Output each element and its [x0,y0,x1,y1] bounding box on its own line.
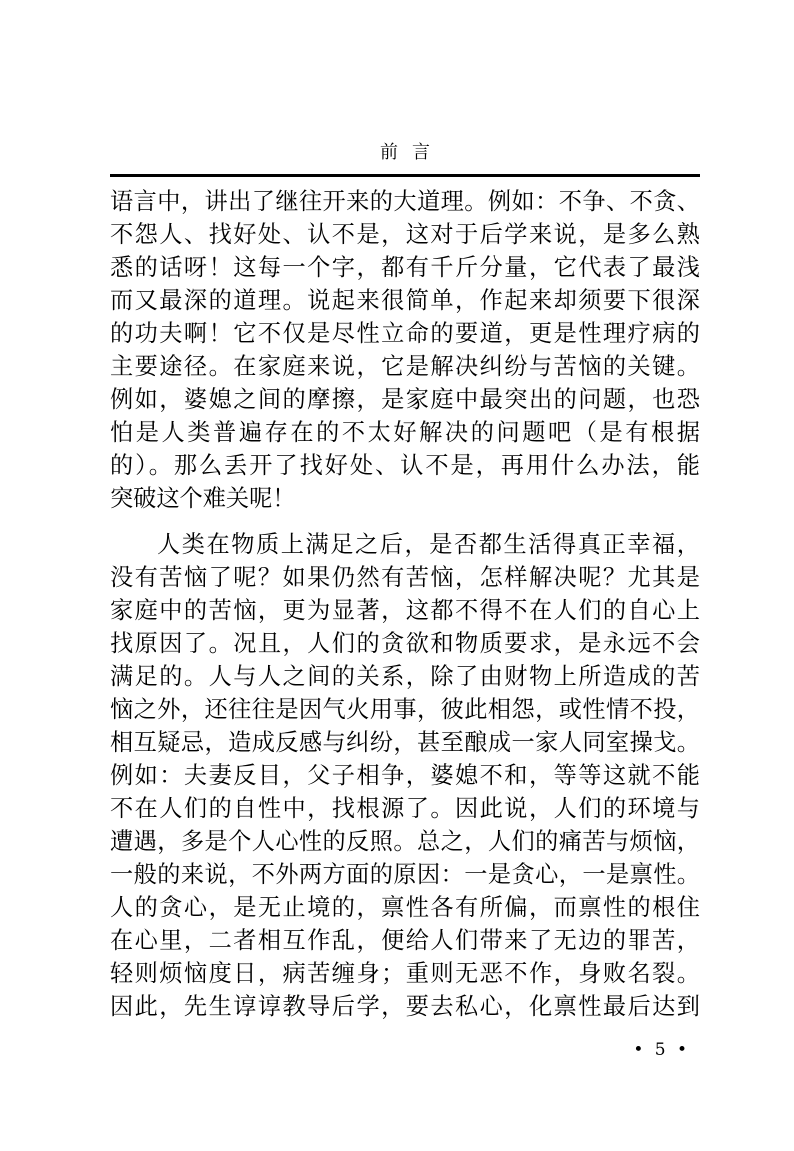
text-line: 人的贪心，是无止境的，禀性各有所偏，而禀性的根住 [110,891,700,924]
text-line: 找原因了。况且，人们的贪欲和物质要求，是永远不会 [110,627,700,660]
text-line: 例如，婆媳之间的摩擦，是家庭中最突出的问题，也恐 [110,383,700,416]
page-title: 前言 [110,0,700,166]
text-line: 满足的。人与人之间的关系，除了由财物上所造成的苦 [110,660,700,693]
book-page: 前言 语言中，讲出了继往开来的大道理。例如：不争、不贪、 不怨人、找好处、认不是… [0,0,794,1151]
text-line: 在心里，二者相互作乱，便给人们带来了无边的罪苦， [110,924,700,957]
text-line: 突破这个难关呢！ [110,482,700,515]
text-line: 没有苦恼了呢？如果仍然有苦恼，怎样解决呢？尤其是 [110,561,700,594]
page-content: 前言 语言中，讲出了继往开来的大道理。例如：不争、不贪、 不怨人、找好处、认不是… [110,0,700,1023]
paragraph: 语言中，讲出了继往开来的大道理。例如：不争、不贪、 不怨人、找好处、认不是，这对… [110,185,700,515]
text-line: 例如：夫妻反目，父子相争，婆媳不和，等等这就不能 [110,759,700,792]
text-line: 主要途径。在家庭来说，它是解决纠纷与苦恼的关键。 [110,350,700,383]
text-line: 轻则烦恼度日，病苦缠身；重则无恶不作，身败名裂。 [110,957,700,990]
text-line: 不在人们的自性中，找根源了。因此说，人们的环境与 [110,792,700,825]
text-line: 不怨人、找好处、认不是，这对于后学来说，是多么熟 [110,218,700,251]
text-line: 人类在物质上满足之后，是否都生活得真正幸福， [110,528,700,561]
text-line: 而又最深的道理。说起来很简单，作起来却须要下很深 [110,284,700,317]
text-line: 的功夫啊！它不仅是尽性立命的要道，更是性理疗病的 [110,317,700,350]
page-number: • 5 • [633,1040,690,1060]
body-text: 语言中，讲出了继往开来的大道理。例如：不争、不贪、 不怨人、找好处、认不是，这对… [110,185,700,1023]
text-line: 语言中，讲出了继往开来的大道理。例如：不争、不贪、 [110,185,700,218]
paragraph: 人类在物质上满足之后，是否都生活得真正幸福， 没有苦恼了呢？如果仍然有苦恼，怎样… [110,528,700,1023]
text-line: 的）。那么丢开了找好处、认不是，再用什么办法，能 [110,449,700,482]
text-line: 因此，先生谆谆教导后学，要去私心，化禀性最后达到 [110,990,700,1023]
text-line: 怕是人类普遍存在的不太好解决的问题吧（是有根据 [110,416,700,449]
text-line: 悉的话呀！这每一个字，都有千斤分量，它代表了最浅 [110,251,700,284]
text-line: 家庭中的苦恼，更为显著，这都不得不在人们的自心上 [110,594,700,627]
text-line: 相互疑忌，造成反感与纠纷，甚至酿成一家人同室操戈。 [110,726,700,759]
header-divider [110,174,700,177]
text-line: 一般的来说，不外两方面的原因：一是贪心，一是禀性。 [110,858,700,891]
text-line: 恼之外，还往往是因气火用事，彼此相怨，或性情不投， [110,693,700,726]
text-line: 遭遇，多是个人心性的反照。总之，人们的痛苦与烦恼， [110,825,700,858]
